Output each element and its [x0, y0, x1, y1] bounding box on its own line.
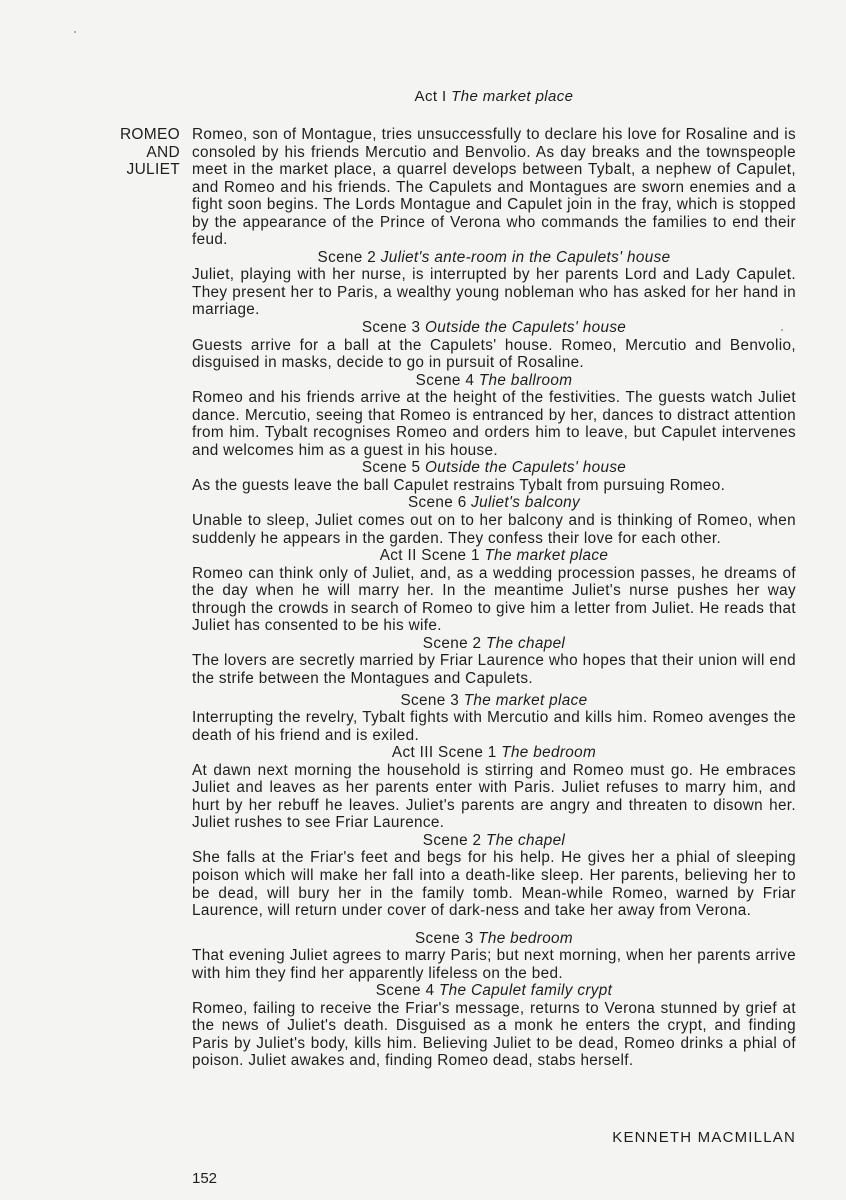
scene-heading: Scene 6 Juliet's balcony	[192, 494, 796, 512]
scene-label: Scene 3	[401, 692, 460, 709]
scene-place: The bedroom	[501, 744, 596, 761]
scene-place: Outside the Capulets' house	[425, 319, 626, 336]
act-heading: Act I The market place	[192, 88, 796, 105]
scene-description: Romeo, son of Montague, tries unsuccessf…	[192, 126, 796, 249]
scene-label: Scene 2	[423, 635, 482, 652]
author-signature: KENNETH MACMILLAN	[612, 1129, 796, 1146]
scene-label: Scene 2	[318, 249, 377, 266]
act-place: The market place	[451, 88, 573, 105]
synopsis-body: Romeo, son of Montague, tries unsuccessf…	[192, 126, 796, 1070]
paper-speck	[781, 329, 783, 331]
scene-label: Act III Scene 1	[392, 744, 497, 761]
scene-heading: Scene 4 The ballroom	[192, 372, 796, 390]
scene-heading: Scene 5 Outside the Capulets' house	[192, 459, 796, 477]
scene-description: That evening Juliet agrees to marry Pari…	[192, 947, 796, 982]
act-label: Act I	[415, 88, 447, 105]
scene-label: Act II Scene 1	[380, 547, 480, 564]
scene-heading: Scene 4 The Capulet family crypt	[192, 982, 796, 1000]
scene-description: Juliet, playing with her nurse, is inter…	[192, 266, 796, 319]
scene-description: As the guests leave the ball Capulet res…	[192, 477, 796, 495]
scene-heading: Scene 3 Outside the Capulets' house	[192, 319, 796, 337]
scene-heading: Scene 2 Juliet's ante-room in the Capule…	[192, 249, 796, 267]
scene-description: Romeo, failing to receive the Friar's me…	[192, 1000, 796, 1070]
scene-heading: Act II Scene 1 The market place	[192, 547, 796, 565]
scene-label: Scene 2	[423, 832, 482, 849]
scene-label: Scene 4	[376, 982, 435, 999]
scene-place: The market place	[464, 692, 588, 709]
scene-heading: Scene 2 The chapel	[192, 832, 796, 850]
title-line: ROMEO	[100, 126, 180, 144]
scene-label: Scene 3	[415, 930, 474, 947]
scene-place: The chapel	[486, 635, 565, 652]
scene-place: Juliet's balcony	[471, 494, 580, 511]
scene-place: Outside the Capulets' house	[425, 459, 626, 476]
scene-heading: Scene 3 The market place	[192, 692, 796, 710]
scene-label: Scene 6	[408, 494, 467, 511]
scene-description: Romeo can think only of Juliet, and, as …	[192, 565, 796, 635]
ballet-title: ROMEO AND JULIET	[100, 126, 180, 179]
scene-place: The market place	[484, 547, 608, 564]
scene-place: The bedroom	[478, 930, 573, 947]
scene-heading: Act III Scene 1 The bedroom	[192, 744, 796, 762]
scene-place: Juliet's ante-room in the Capulets' hous…	[381, 249, 671, 266]
scene-place: The ballroom	[479, 372, 572, 389]
scene-description: Guests arrive for a ball at the Capulets…	[192, 337, 796, 372]
paper-speck	[74, 31, 76, 33]
scene-label: Scene 5	[362, 459, 421, 476]
scene-heading: Scene 2 The chapel	[192, 635, 796, 653]
scene-label: Scene 4	[416, 372, 475, 389]
scene-label: Scene 3	[362, 319, 421, 336]
scene-heading: Scene 3 The bedroom	[192, 930, 796, 948]
scene-description: She falls at the Friar's feet and begs f…	[192, 849, 796, 919]
title-line: AND	[100, 144, 180, 162]
title-line: JULIET	[100, 161, 180, 179]
scene-description: At dawn next morning the household is st…	[192, 762, 796, 832]
scene-description: The lovers are secretly married by Friar…	[192, 652, 796, 687]
scene-description: Interrupting the revelry, Tybalt fights …	[192, 709, 796, 744]
scene-place: The Capulet family crypt	[439, 982, 612, 999]
page-number: 152	[192, 1170, 217, 1187]
scene-description: Romeo and his friends arrive at the heig…	[192, 389, 796, 459]
scene-description: Unable to sleep, Juliet comes out on to …	[192, 512, 796, 547]
scene-place: The chapel	[486, 832, 565, 849]
